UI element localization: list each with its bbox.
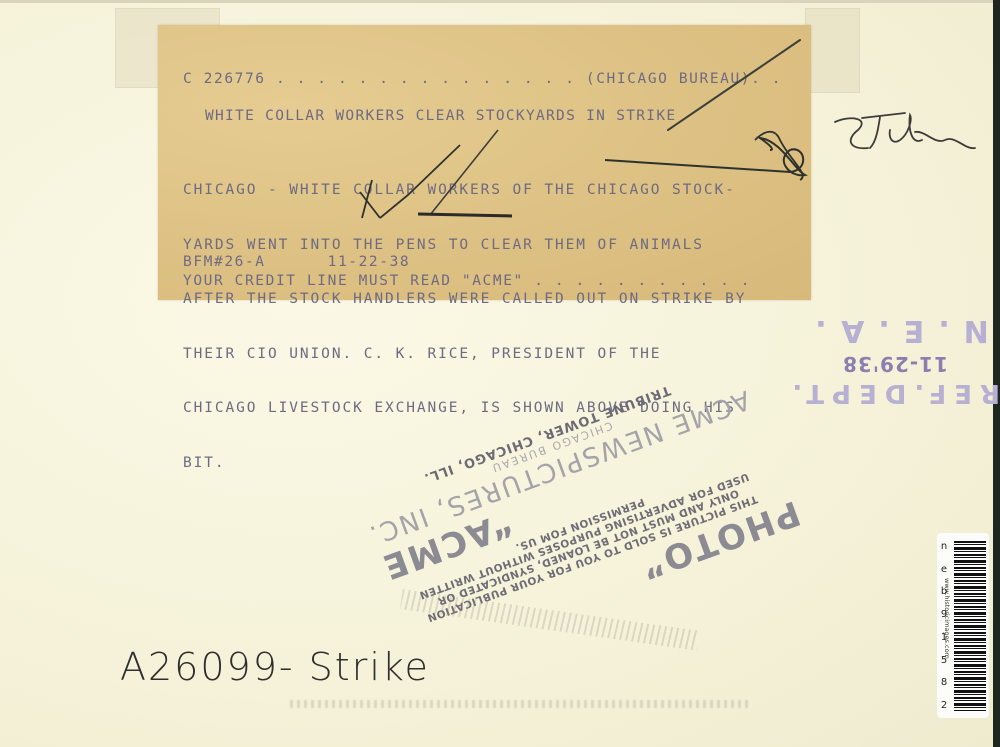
barcode-sticker: n e b 9 1 5 8 2 www.historicimages.com — [937, 533, 989, 718]
caption-headline: WHITE COLLAR WORKERS CLEAR STOCKYARDS IN… — [205, 107, 676, 125]
tape-right — [805, 8, 860, 93]
caption-reference: BFM#26-A 11-22-38 — [183, 253, 410, 271]
nea-date: 11-29'38 — [790, 352, 1000, 376]
nea-ref-dept-stamp: REF.DEPT. 11-29'38 N.E.A. — [790, 280, 1000, 410]
barcode-digit: e — [941, 564, 947, 575]
top-edge — [0, 0, 993, 3]
caption-body-line: YARDS WENT INTO THE PENS TO CLEAR THEM O… — [183, 236, 746, 255]
ink-smudge — [290, 700, 750, 708]
barcode-digit: 2 — [941, 700, 947, 711]
handwritten-catalog-number: A26099- Strike — [120, 645, 430, 689]
caption-slugline: C 226776 . . . . . . . . . . . . . . . (… — [183, 70, 782, 88]
nea-dept: REF.DEPT. — [790, 378, 1000, 408]
caption-body-line: CHICAGO - WHITE COLLAR WORKERS OF THE CH… — [183, 181, 746, 200]
barcode-icon — [954, 541, 986, 711]
barcode-url: www.historicimages.com — [943, 578, 951, 659]
barcode-digit: n — [941, 541, 947, 552]
barcode-digit: 8 — [941, 677, 947, 688]
nea-org: N.E.A. — [790, 313, 1000, 348]
